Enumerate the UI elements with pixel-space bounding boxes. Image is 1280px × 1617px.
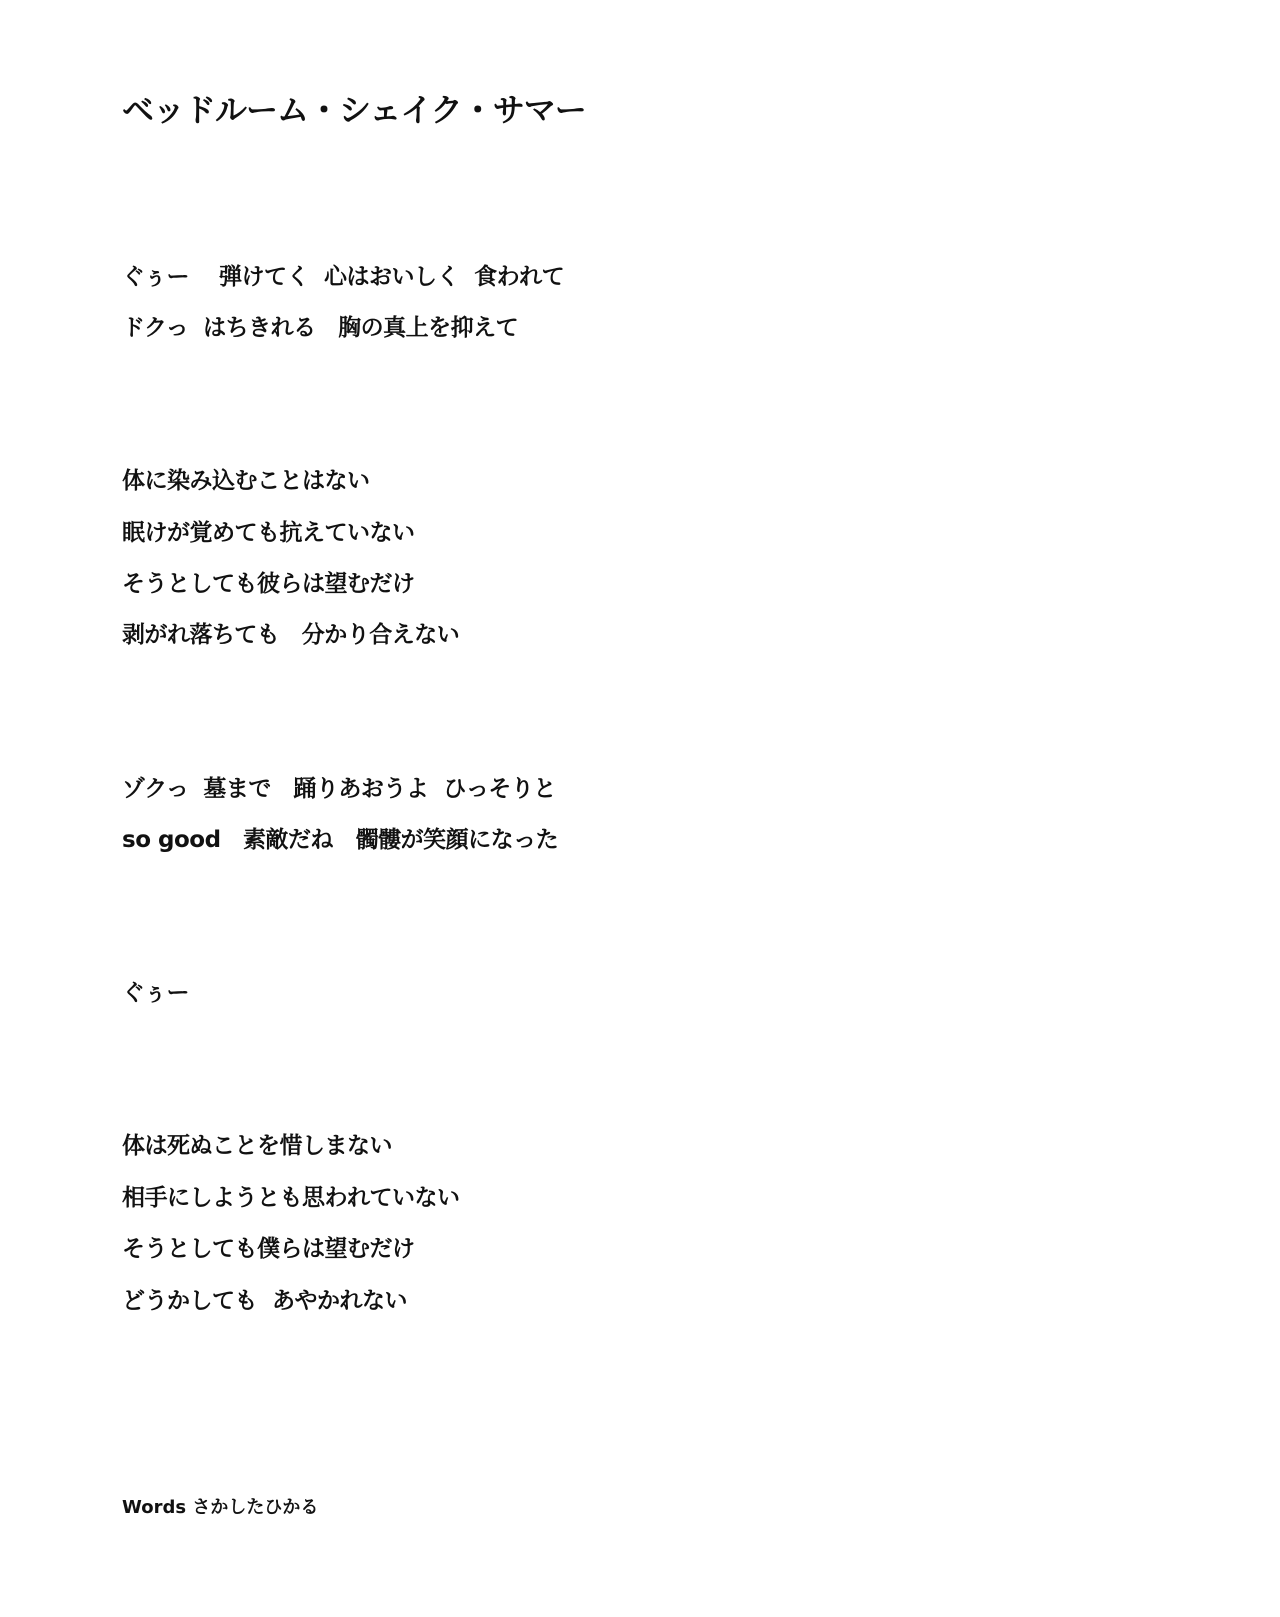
lyric-line: ゾクっ 墓まで 踊りあおうよ ひっそりと <box>122 774 556 804</box>
lyric-line: so good 素敵だね 髑髏が笑顔になった <box>122 825 558 855</box>
lyrics-page: ベッドルーム・シェイク・サマー ぐぅー 弾けてく 心はおいしく 食われて ドクっ… <box>0 0 1280 1617</box>
lyric-line: ぐぅー <box>122 978 189 1008</box>
lyricist-credit: Words さかしたひかる <box>122 1496 318 1520</box>
lyric-line: どうかしても あやかれない <box>122 1286 407 1316</box>
lyric-line: 相手にしようとも思われていない <box>122 1183 460 1213</box>
lyric-line: 体に染み込むことはない <box>122 466 370 496</box>
lyric-line: ドクっ はちきれる 胸の真上を抑えて <box>122 313 518 343</box>
lyric-line: そうとしても僕らは望むだけ <box>122 1234 415 1264</box>
lyric-line: そうとしても彼らは望むだけ <box>122 569 415 599</box>
lyric-line: 眠けが覚めても抗えていない <box>122 518 415 548</box>
song-title: ベッドルーム・シェイク・サマー <box>122 90 586 130</box>
lyric-line: 剥がれ落ちても 分かり合えない <box>122 620 459 650</box>
lyric-line: 体は死ぬことを惜しまない <box>122 1131 392 1161</box>
lyric-line: ぐぅー 弾けてく 心はおいしく 食われて <box>122 262 564 292</box>
